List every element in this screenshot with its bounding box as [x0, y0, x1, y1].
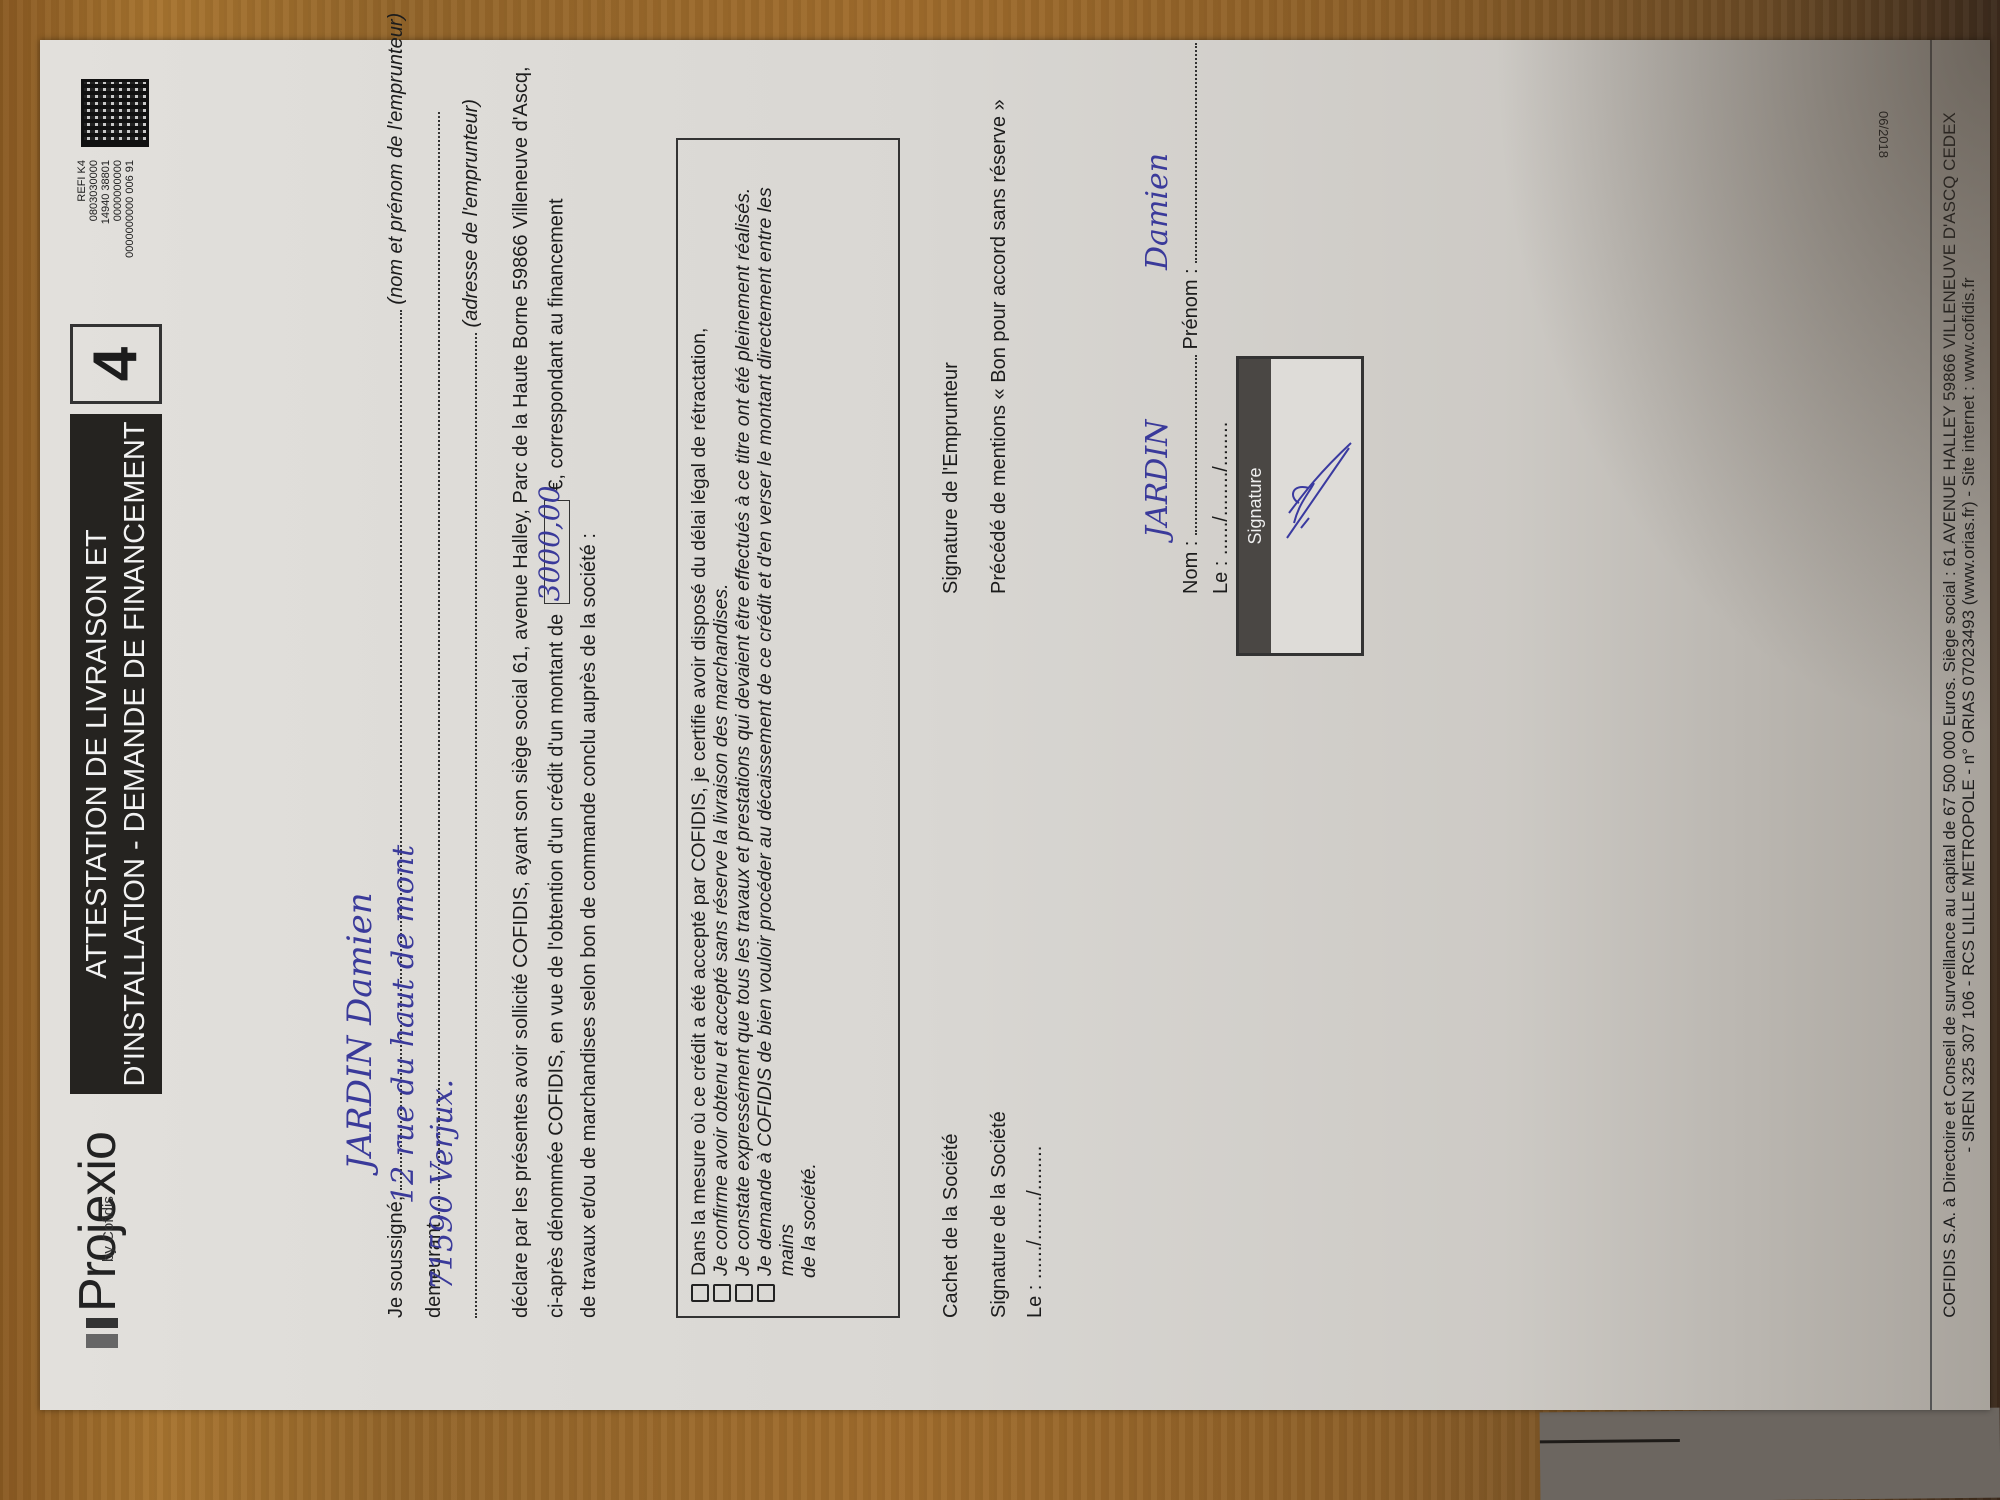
- condition-text: Je constate expressément que tous les tr…: [732, 188, 754, 1276]
- ref-line: 0803030000: [88, 160, 100, 310]
- nom-field[interactable]: [1181, 355, 1197, 535]
- ref-line: 14940 38801: [100, 160, 112, 310]
- ref-line: 0000000000 006 91: [124, 160, 136, 310]
- address-hint: (adresse de l'emprunteur): [460, 99, 482, 327]
- borrower-date-field[interactable]: ....../......../........: [1210, 422, 1232, 555]
- handwritten-address-2: 71590 Verjux.: [425, 1079, 460, 1290]
- amount-prefix: ci-après dénommée COFIDIS, en vue de l'o…: [545, 614, 567, 1318]
- legal-footer: COFIDIS S.A. à Directoire et Conseil de …: [1940, 80, 1978, 1350]
- borrower-date: Le : ....../......../........: [1210, 422, 1233, 594]
- ref-line: REFI K4: [76, 160, 88, 310]
- handwritten-amount: 3000,00: [533, 486, 566, 602]
- condition-row: Je confirme avoir obtenu et accepté sans…: [710, 154, 732, 1302]
- condition-checkbox[interactable]: [713, 1284, 731, 1302]
- condition-text: de la société.: [798, 1163, 820, 1302]
- footer-line-1: COFIDIS S.A. à Directoire et Conseil de …: [1940, 80, 1959, 1350]
- condition-row-continued: de la société.: [798, 154, 820, 1302]
- date-label: Le :: [1024, 1285, 1046, 1318]
- title-line-2: D'INSTALLATION - DEMANDE DE FINANCEMENT: [116, 414, 154, 1094]
- handwritten-nom: JARDIN: [1140, 420, 1175, 538]
- footer-line-2: - SIREN 325 307 106 - RCS LILLE METROPOL…: [1959, 80, 1978, 1350]
- amount-suffix: €, correspondant au financement: [545, 198, 567, 490]
- logo-bars-icon: [86, 1318, 118, 1348]
- prenom-label: Prénom :: [1180, 268, 1202, 349]
- condition-text: Dans la mesure où ce crédit a été accept…: [688, 328, 710, 1276]
- datamatrix-barcode-icon: [84, 82, 146, 144]
- form-title: ATTESTATION DE LIVRAISON ET D'INSTALLATI…: [70, 414, 162, 1094]
- nom-label: Nom :: [1180, 541, 1202, 594]
- condition-row: Dans la mesure où ce crédit a été accept…: [688, 154, 710, 1302]
- name-hint: (nom et prénom de l'emprunteur): [385, 13, 407, 305]
- address-field-2[interactable]: [461, 333, 477, 1318]
- soussigne-label: Je soussigné,: [385, 1196, 407, 1318]
- declaration-line-3: de travaux et/ou de marchandises selon b…: [578, 533, 601, 1318]
- condition-checkbox[interactable]: [691, 1284, 709, 1302]
- signature-box-header: Signature: [1239, 359, 1271, 653]
- condition-text: Je confirme avoir obtenu et accepté sans…: [710, 583, 732, 1276]
- ref-line: 0000000000: [112, 160, 124, 310]
- handwritten-prenom: Damien: [1140, 153, 1175, 270]
- handwritten-signature-icon: [1279, 433, 1359, 543]
- company-date-field[interactable]: ....../......../........: [1024, 1146, 1046, 1279]
- signature-box[interactable]: Signature: [1236, 356, 1364, 656]
- financing-form-page: Projexio by Cofidis ATTESTATION DE LIVRA…: [40, 40, 1990, 1410]
- reference-codes: REFI K4 0803030000 14940 38801 000000000…: [76, 160, 136, 310]
- borrower-signature-label: Signature de l'Emprunteur: [940, 362, 963, 594]
- company-stamp-label: Cachet de la Société: [940, 1133, 963, 1318]
- condition-text: Je demande à COFIDIS de bien vouloir pro…: [754, 154, 798, 1276]
- title-line-1: ATTESTATION DE LIVRAISON ET: [78, 414, 116, 1094]
- document-photo: Projexio by Cofidis ATTESTATION DE LIVRA…: [40, 40, 1990, 1410]
- company-date: Le : ....../......../........: [1024, 1146, 1047, 1318]
- address-line-2: (adresse de l'emprunteur): [460, 99, 483, 1318]
- borrower-name-line: Nom : Prénom :: [1180, 43, 1203, 594]
- condition-checkbox[interactable]: [757, 1284, 775, 1302]
- address-field-1[interactable]: [424, 112, 440, 1217]
- prenom-field[interactable]: [1181, 43, 1197, 263]
- amount-field[interactable]: 3000,00: [544, 500, 570, 604]
- handwritten-name: JARDIN Damien: [340, 892, 380, 1170]
- handwritten-address-1: 12 rue du haut de mont: [386, 845, 421, 1204]
- logo-subtitle: by Cofidis: [100, 1196, 117, 1262]
- company-signature-label: Signature de la Société: [988, 1111, 1011, 1318]
- conditions-box: Dans la mesure où ce crédit a été accept…: [676, 138, 900, 1318]
- condition-row: Je constate expressément que tous les tr…: [732, 154, 754, 1302]
- date-label: Le :: [1210, 561, 1232, 594]
- form-number: 4: [70, 324, 162, 404]
- condition-checkbox[interactable]: [735, 1284, 753, 1302]
- declaration-line-2: ci-après dénommée COFIDIS, en vue de l'o…: [544, 198, 570, 1318]
- borrower-mention-label: Précédé de mentions « Bon pour accord sa…: [988, 99, 1011, 594]
- condition-row: Je demande à COFIDIS de bien vouloir pro…: [754, 154, 798, 1302]
- declaration-line-1: déclare par les présentes avoir sollicit…: [510, 66, 533, 1318]
- margin-rule: [1930, 40, 1932, 1410]
- form-version: 06/2018: [1876, 111, 1891, 158]
- second-paper-sheet: [1540, 1408, 2000, 1500]
